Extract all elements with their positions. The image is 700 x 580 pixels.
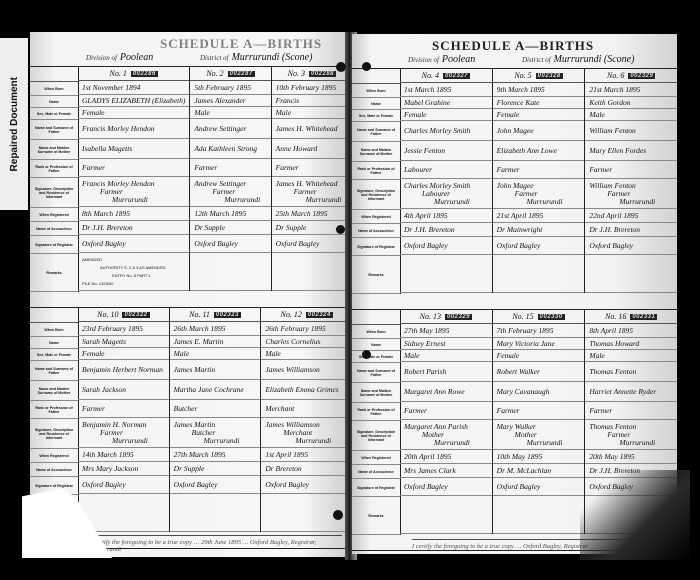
cell-accoucheur: Dr Supple: [190, 221, 270, 235]
binding-hole-icon: [362, 62, 371, 71]
cell-when-registered: 20th May 1895: [585, 450, 677, 464]
district-label: District of: [200, 54, 229, 62]
cell-sex: Female: [78, 348, 169, 360]
cell-remarks: [400, 255, 492, 293]
registration-stamp: 002331: [630, 314, 657, 320]
binding-hole-icon: [336, 62, 346, 72]
cell-father: Thomas Fenton: [585, 362, 677, 382]
cell-mother: Elizabeth Ann Lowe: [493, 141, 585, 161]
binding-hole-icon: [336, 225, 345, 234]
registration-stamp: 002288: [309, 71, 336, 77]
cell-when-born: 21st March 1895: [585, 83, 677, 97]
cell-name: Francis: [272, 95, 352, 107]
row-label: Name and Surname of Father: [352, 363, 400, 383]
entry-number: No. 4002327: [400, 69, 492, 83]
cell-father: James Martin: [170, 360, 261, 380]
cell-name: Mabel Grahine: [400, 97, 492, 109]
cell-informant: John MageeFarmerMurrurundi: [493, 179, 585, 209]
cell-rank: Farmer: [493, 402, 585, 420]
row-label: When Registered: [30, 449, 78, 463]
entry-number-text: No. 5: [514, 71, 531, 80]
cell-sex: Female: [493, 350, 585, 362]
row-label: When Registered: [30, 208, 78, 222]
cell-when-born: 10th February 1895: [272, 81, 352, 95]
row-label: Rank or Profession of Father: [30, 160, 78, 178]
cell-mother: Ada Kathleen Strong: [190, 139, 270, 159]
row-label: Signature, Description and Residence of …: [352, 421, 400, 451]
corner-shadow: [580, 470, 690, 560]
cell-sex: Male: [272, 107, 352, 119]
cell-informant: Thomas FentonFarmerMurrurundi: [585, 420, 677, 450]
row-label: When Born: [30, 82, 78, 96]
cell-name: James E. Martin: [170, 336, 261, 348]
cell-mother: Mary Cavanaugh: [493, 382, 585, 402]
cell-accoucheur: Dr M. McLachlan: [493, 464, 585, 478]
cell-registrar: Oxford Bagley: [78, 235, 189, 253]
row-label: Name and Surname of Father: [30, 361, 78, 381]
entry-number: No. 6002329: [585, 69, 677, 83]
schedule-title: SCHEDULE A—BIRTHS: [432, 38, 594, 54]
entry-number: No. 1002286: [78, 67, 189, 81]
cell-accoucheur: Dr J.H. Brereton: [585, 223, 677, 237]
cell-father: Andrew Settinger: [190, 119, 270, 139]
row-label: Name: [30, 337, 78, 349]
district-field: District ofMurrurundi (Scone): [522, 54, 634, 65]
entries-row: No. 10022861st November 1894GLADYS ELIZA…: [78, 67, 352, 291]
row-label: Name of Accoucheur: [352, 224, 400, 238]
row-label-column: When BornNameSex, Male or FemaleName and…: [352, 310, 401, 535]
entry-number-text: No. 15: [512, 312, 533, 321]
division-label: Division of: [86, 54, 117, 62]
cell-father: James H. Whitehead: [272, 119, 352, 139]
cell-father: William Fenton: [585, 121, 677, 141]
registration-stamp: 002286: [131, 71, 158, 77]
cell-name: Charles Cornelius: [261, 336, 352, 348]
row-label-column: When BornNameSex, Male or FemaleName and…: [352, 69, 401, 294]
entry-number: No. 15002330: [493, 310, 585, 324]
scanned-register-image: Repaired Document SCHEDULE A—BIRTHS Divi…: [0, 0, 700, 580]
cell-father: John Magee: [493, 121, 585, 141]
cell-father: Francis Morley Hendon: [78, 119, 189, 139]
row-label: Rank or Profession of Father: [352, 403, 400, 421]
entry-number: No. 11002323: [170, 308, 261, 322]
entry-number: No. 13002329: [400, 310, 492, 324]
cell-when-born: 7th February 1895: [493, 324, 585, 338]
cell-sex: Male: [170, 348, 261, 360]
cell-rank: Farmer: [585, 402, 677, 420]
cell-rank: Farmer: [78, 159, 189, 177]
cell-sex: Female: [400, 109, 492, 121]
cell-rank: Farmer: [585, 161, 677, 179]
birth-entry: No. 1300232927th May 1895Sidney ErnestMa…: [400, 310, 493, 534]
birth-entry: No. 1100232326th March 1895James E. Mart…: [170, 308, 262, 532]
entry-number-text: No. 2: [206, 69, 223, 78]
row-label: When Born: [352, 84, 400, 98]
row-label: Name and Surname of Father: [352, 122, 400, 142]
entry-number-text: No. 11: [189, 310, 210, 319]
cell-informant: William FentonFarmerMurrurundi: [585, 179, 677, 209]
cell-registrar: Oxford Bagley: [261, 476, 352, 494]
district-label: District of: [522, 56, 551, 64]
entry-number-text: No. 10: [97, 310, 118, 319]
cell-remarks: AMENDEDAUTHORITY S. 2 & 3 AS AMENDEDENTR…: [78, 253, 189, 291]
cell-informant: Andrew SettingerFarmerMurrurundi: [190, 177, 270, 207]
cell-mother: Sarah Jackson: [78, 380, 169, 400]
cell-sex: Male: [190, 107, 270, 119]
cell-remarks: [400, 496, 492, 534]
row-label: Name and Maiden Surname of Mother: [30, 381, 78, 401]
cell-registrar: Oxford Bagley: [585, 237, 677, 255]
cell-when-registered: 10th May 1895: [493, 450, 585, 464]
cell-sex: Male: [400, 350, 492, 362]
cell-remarks: [493, 255, 585, 293]
cell-remarks: [170, 494, 261, 532]
row-label-column: When BornNameSex, Male or FemaleName and…: [30, 67, 79, 292]
cell-name: Mary Victoria Jane: [493, 338, 585, 350]
cell-accoucheur: Mrs James Clark: [400, 464, 492, 478]
row-label: Remarks: [352, 497, 400, 535]
cell-father: Robert Walker: [493, 362, 585, 382]
birth-entry: No. 1000232223rd February 1895Sarah Mage…: [78, 308, 170, 532]
cell-mother: Isabella Magetts: [78, 139, 189, 159]
district-value: Murrurundi (Scone): [232, 52, 313, 63]
row-label: Name of Accoucheur: [30, 463, 78, 477]
entry-number: No. 12002324: [261, 308, 352, 322]
cell-name: GLADYS ELIZABETH (Elizabeth): [78, 95, 189, 107]
cell-informant: Francis Morley HendonFarmerMurrurundi: [78, 177, 189, 207]
district-value: Murrurundi (Scone): [554, 54, 635, 65]
cell-sex: Male: [585, 109, 677, 121]
cell-mother: Anne Howard: [272, 139, 352, 159]
cell-when-registered: 20th April 1895: [400, 450, 492, 464]
birth-entry: No. 50023289th March 1895Florence KateFe…: [493, 69, 586, 293]
cell-rank: Farmer: [493, 161, 585, 179]
cell-mother: Margaret Ann Rowe: [400, 382, 492, 402]
registration-stamp: 002328: [536, 73, 563, 79]
cell-when-born: 1st November 1894: [78, 81, 189, 95]
cell-informant: Charles Morley SmithLabourerMurrurundi: [400, 179, 492, 209]
division-label: Division of: [408, 56, 439, 64]
cell-registrar: Oxford Bagley: [78, 476, 169, 494]
birth-entry: No. 20022875th February 1895James Alexan…: [190, 67, 271, 291]
cell-when-born: 8th April 1895: [585, 324, 677, 338]
row-label: Signature of Registrar: [352, 238, 400, 256]
cell-name: James Alexander: [190, 95, 270, 107]
entry-number-text: No. 16: [605, 312, 626, 321]
cell-when-registered: 21st April 1895: [493, 209, 585, 223]
entries-row: No. 1000232223rd February 1895Sarah Mage…: [78, 308, 352, 532]
row-label: Sex, Male or Female: [30, 349, 78, 361]
cell-rank: Merchant: [261, 400, 352, 418]
cell-sex: Male: [261, 348, 352, 360]
cell-when-born: 5th February 1895: [190, 81, 270, 95]
row-label: When Registered: [352, 451, 400, 465]
entries-row: No. 40023271st March 1895Mabel GrahineFe…: [400, 69, 677, 293]
cell-when-born: 1st March 1895: [400, 83, 492, 97]
cell-remarks: [272, 253, 352, 291]
cell-mother: Martha Jane Cochrane: [170, 380, 261, 400]
row-label: Name and Maiden Surname of Mother: [352, 142, 400, 162]
row-label: Remarks: [30, 254, 78, 292]
row-label: Name and Maiden Surname of Mother: [352, 383, 400, 403]
entry-number: No. 2002287: [190, 67, 270, 81]
cell-registrar: Oxford Bagley: [272, 235, 352, 253]
register-page-left: SCHEDULE A—BIRTHS Division ofPoolean Dis…: [30, 32, 352, 557]
division-field: Division ofPoolean: [86, 52, 153, 63]
cell-rank: Labourer: [400, 161, 492, 179]
cell-sex: Female: [78, 107, 189, 119]
entry-number: No. 10002322: [78, 308, 169, 322]
cell-informant: James H. WhiteheadFarmerMurrurundi: [272, 177, 352, 207]
cell-mother: Jessie Fenton: [400, 141, 492, 161]
cell-when-registered: 14th March 1895: [78, 448, 169, 462]
cell-registrar: Oxford Bagley: [170, 476, 261, 494]
cell-when-born: 9th March 1895: [493, 83, 585, 97]
cell-informant: Margaret Ann ParishMotherMurrurundi: [400, 420, 492, 450]
binding-hole-icon: [362, 350, 371, 359]
cell-informant: Benjamin H. NormanFarmerMurrurundi: [78, 418, 169, 448]
row-label: When Registered: [352, 210, 400, 224]
cell-when-born: 26th March 1895: [170, 322, 261, 336]
row-label: Rank or Profession of Father: [30, 401, 78, 419]
cell-rank: Farmer: [190, 159, 270, 177]
schedule-title: SCHEDULE A—BIRTHS: [160, 36, 322, 52]
cell-registrar: Oxford Bagley: [190, 235, 270, 253]
cell-informant: Mary WalkerMotherMurrurundi: [493, 420, 585, 450]
entry-block: When BornNameSex, Male or FemaleName and…: [352, 69, 677, 310]
cell-when-registered: 25th March 1895: [272, 207, 352, 221]
cell-informant: James WilliamsonMerchantMurrurundi: [261, 418, 352, 448]
row-label: When Born: [352, 325, 400, 339]
entry-number-text: No. 4: [422, 71, 439, 80]
cell-sex: Female: [493, 109, 585, 121]
entry-number: No. 16002331: [585, 310, 677, 324]
row-label: Sex, Male or Female: [352, 351, 400, 363]
cell-rank: Farmer: [400, 402, 492, 420]
entry-number-text: No. 6: [607, 71, 624, 80]
registration-stamp: 002324: [306, 312, 333, 318]
birth-entry: No. 150023307th February 1895Mary Victor…: [493, 310, 586, 534]
registration-stamp: 002329: [628, 73, 655, 79]
birth-entry: No. 300228810th February 1895FrancisMale…: [272, 67, 352, 291]
cell-father: Charles Morley Smith: [400, 121, 492, 141]
registration-stamp: 002327: [443, 73, 470, 79]
cell-when-born: 26th February 1895: [261, 322, 352, 336]
cell-mother: Harriet Annette Ryder: [585, 382, 677, 402]
cell-when-registered: 22nd April 1895: [585, 209, 677, 223]
registration-stamp: 002323: [214, 312, 241, 318]
repaired-document-label: Repaired Document: [0, 38, 28, 210]
entry-number-text: No. 3: [288, 69, 305, 78]
cell-name: Keith Gordon: [585, 97, 677, 109]
row-label: Signature, Description and Residence of …: [30, 419, 78, 449]
cell-rank: Farmer: [78, 400, 169, 418]
registration-stamp: 002322: [122, 312, 149, 318]
cell-mother: Elizabeth Emma Grimes: [261, 380, 352, 400]
cell-name: Florence Kate: [493, 97, 585, 109]
birth-entry: No. 600232921st March 1895Keith GordonMa…: [585, 69, 677, 293]
cell-name: Sarah Magetts: [78, 336, 169, 348]
cell-accoucheur: Dr J.H. Brereton: [78, 221, 189, 235]
row-label: Name and Surname of Father: [30, 120, 78, 140]
cell-when-born: 23rd February 1895: [78, 322, 169, 336]
cell-informant: James MartinButcherMurrurundi: [170, 418, 261, 448]
cell-accoucheur: Dr Mainwright: [493, 223, 585, 237]
row-label: Signature, Description and Residence of …: [30, 178, 78, 208]
entry-number-text: No. 12: [280, 310, 301, 319]
cell-accoucheur: Dr Brereton: [261, 462, 352, 476]
division-field: Division ofPoolean: [408, 54, 475, 65]
cell-rank: Farmer: [272, 159, 352, 177]
register-grid: When BornNameSex, Male or FemaleName and…: [30, 66, 352, 549]
cell-rank: Butcher: [170, 400, 261, 418]
registration-stamp: 002329: [445, 314, 472, 320]
registration-stamp: 002330: [538, 314, 565, 320]
cell-when-registered: 12th March 1895: [190, 207, 270, 221]
row-label: Name and Maiden Surname of Mother: [30, 140, 78, 160]
division-value: Poolean: [120, 52, 153, 63]
district-field: District ofMurrurundi (Scone): [200, 52, 312, 63]
cell-registrar: Oxford Bagley: [493, 237, 585, 255]
binding-hole-icon: [333, 510, 343, 520]
registration-stamp: 002287: [228, 71, 255, 77]
cell-when-registered: 8th March 1895: [78, 207, 189, 221]
cell-accoucheur: Dr Supple: [170, 462, 261, 476]
cell-registrar: Oxford Bagley: [400, 237, 492, 255]
cell-father: James Williamson: [261, 360, 352, 380]
cell-when-born: 27th May 1895: [400, 324, 492, 338]
cell-mother: Mary Ellen Fordes: [585, 141, 677, 161]
row-label: Remarks: [352, 256, 400, 294]
cell-when-registered: 27th March 1895: [170, 448, 261, 462]
cell-when-registered: 1st April 1895: [261, 448, 352, 462]
cell-registrar: Oxford Bagley: [400, 478, 492, 496]
row-label: Signature of Registrar: [30, 236, 78, 254]
row-label: Name of Accoucheur: [30, 222, 78, 236]
cell-accoucheur: Mrs Mary Jackson: [78, 462, 169, 476]
cell-name: Sidney Ernest: [400, 338, 492, 350]
birth-entry: No. 40023271st March 1895Mabel GrahineFe…: [400, 69, 493, 293]
entry-number-text: No. 13: [420, 312, 441, 321]
row-label: Sex, Male or Female: [30, 108, 78, 120]
row-label: Signature, Description and Residence of …: [352, 180, 400, 210]
row-label: Name: [352, 339, 400, 351]
cell-when-registered: 4th April 1895: [400, 209, 492, 223]
cell-name: Thomas Howard: [585, 338, 677, 350]
entry-number-text: No. 1: [109, 69, 126, 78]
certification-footer: I certify the foregoing to be a true cop…: [90, 535, 342, 553]
cell-registrar: Oxford Bagley: [493, 478, 585, 496]
cell-sex: Male: [585, 350, 677, 362]
cell-remarks: [493, 496, 585, 534]
division-value: Poolean: [442, 54, 475, 65]
row-label: Name: [352, 98, 400, 110]
row-label: When Born: [30, 323, 78, 337]
entry-block: When BornNameSex, Male or FemaleName and…: [30, 67, 352, 308]
row-label: Name: [30, 96, 78, 108]
row-label: Rank or Profession of Father: [352, 162, 400, 180]
cell-remarks: [190, 253, 270, 291]
cell-remarks: [585, 255, 677, 293]
birth-entry: No. 1200232426th February 1895Charles Co…: [261, 308, 352, 532]
row-label: Sex, Male or Female: [352, 110, 400, 122]
cell-father: Benjamin Herbert Norman: [78, 360, 169, 380]
entry-number: No. 5002328: [493, 69, 585, 83]
cell-accoucheur: Dr J.H. Brereton: [400, 223, 492, 237]
birth-entry: No. 10022861st November 1894GLADYS ELIZA…: [78, 67, 190, 291]
repaired-document-text: Repaired Document: [9, 77, 20, 171]
row-label: Name of Accoucheur: [352, 465, 400, 479]
row-label: Signature of Registrar: [352, 479, 400, 497]
cell-father: Robert Parish: [400, 362, 492, 382]
